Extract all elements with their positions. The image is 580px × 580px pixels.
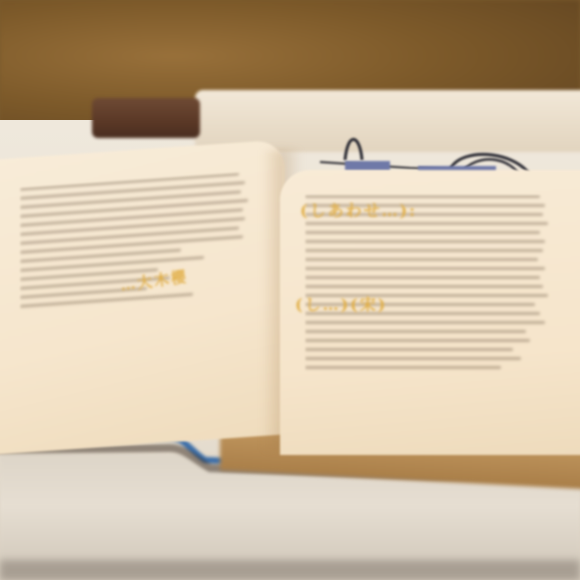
right-gold-annotation-2: (し…)(宋) [295, 292, 387, 315]
right-gold-annotation-1: (しあわせ…): [300, 198, 417, 221]
book-left-page: …kommen … Handlung … werden … die Geschi… [0, 139, 285, 455]
scroll-wooden-rod [92, 98, 200, 138]
left-page-printed-text [20, 172, 250, 358]
photo-scene: …kommen … Handlung … werden … die Geschi… [0, 0, 580, 580]
table-edge-shadow [0, 560, 580, 580]
